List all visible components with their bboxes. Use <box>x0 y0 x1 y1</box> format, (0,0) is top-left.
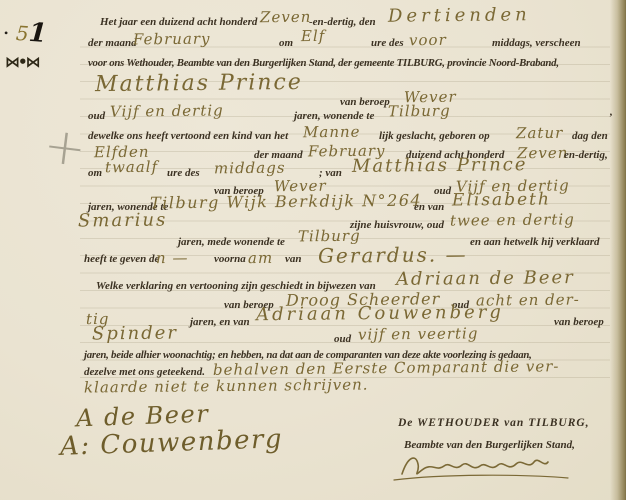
birth-certificate-page: • 51 ⋈•⋈ + Het jaar een duizend acht hon… <box>0 0 626 500</box>
handwritten-text: Tilburg <box>388 102 451 121</box>
page-edge <box>610 0 626 500</box>
printed-text: oud <box>88 110 105 122</box>
printed-text: jaren, en van <box>190 316 250 328</box>
official-title-line1: De WETHOUDER van TILBURG, <box>398 417 590 429</box>
printed-text: voor ons Wethouder, Beambte van den Burg… <box>88 57 559 69</box>
printed-text: dezelve met ons geteekend. <box>84 366 205 378</box>
printed-text: ure des <box>371 37 404 49</box>
printed-text: voorna <box>214 253 246 265</box>
handwritten-text: voor <box>409 31 447 49</box>
handwritten-text: Zatur <box>516 124 563 142</box>
printed-text: Het jaar een duizend acht honderd <box>100 16 257 28</box>
mother-first-name: Elisabeth <box>452 189 551 210</box>
pencil-cross-mark: + <box>41 120 89 175</box>
handwritten-text: klaarde niet te kunnen schrijven. <box>84 376 369 397</box>
printed-text: en-dertig, <box>564 149 608 161</box>
declarant-name: Matthias Prince <box>95 70 303 97</box>
father-name: Matthias Prince <box>352 154 528 177</box>
printed-text: jaren, wonende te <box>294 110 374 122</box>
handwritten-text: Elf <box>301 27 325 45</box>
act-number: 51 <box>15 17 48 49</box>
handwritten-text: am <box>248 249 273 267</box>
printed-text: om <box>279 37 293 49</box>
address: Tilburg Wijk Berkdijk N°264 <box>150 191 422 213</box>
child-name: Gerardus. — <box>318 242 468 268</box>
handwritten-text: Dertienden <box>388 4 531 26</box>
printed-text: zijne huisvrouw, oud <box>350 219 444 231</box>
handwritten-text: Zeven <box>260 8 311 27</box>
printed-text: om <box>88 167 102 179</box>
handwritten-text: vijf en veertig <box>358 324 479 343</box>
handwritten-text: twaalf <box>105 158 158 177</box>
printed-text: oud <box>334 333 351 345</box>
handwritten-text: Vijf en dertig <box>110 101 224 120</box>
mother-last-name: Smarius <box>78 210 168 232</box>
handwritten-text: n — <box>156 249 189 267</box>
printed-text: ure des <box>167 167 200 179</box>
official-signature <box>392 448 572 486</box>
printed-text: jaren, mede wonende te <box>178 236 285 248</box>
printed-text: van <box>285 253 302 265</box>
handwritten-text: February <box>133 30 211 49</box>
printed-text: dag den <box>572 130 608 142</box>
printed-text: van beroep <box>340 96 390 108</box>
printed-text: der maand <box>88 37 137 49</box>
witness1-name: Adriaan de Beer <box>396 267 575 290</box>
witness2-occupation: Spinder <box>92 323 178 345</box>
handwritten-text: middags <box>214 159 286 178</box>
handwritten-text: twee en dertig <box>450 210 575 229</box>
printed-text: lijk geslacht, geboren op <box>379 130 490 142</box>
margin-dot: • <box>4 26 8 41</box>
printed-text: en aan hetwelk hij verklaard <box>470 236 600 248</box>
witness2-name: Adriaan Couwenberg <box>256 302 504 326</box>
handwritten-text: behalven den Eerste Comparant die ver- <box>213 357 560 379</box>
printed-text: dewelke ons heeft vertoond een kind van … <box>88 130 288 142</box>
printed-text: en van <box>414 201 444 213</box>
printed-text: heeft te geven de <box>84 253 159 265</box>
handwritten-text: Manne <box>303 123 361 142</box>
witness2-signature: A: Couwenberg <box>60 424 284 462</box>
printer-ornament-icon: ⋈•⋈ <box>5 53 39 71</box>
printed-text: middags, verscheen <box>492 37 581 49</box>
printed-text: , <box>610 106 613 118</box>
printed-text: van beroep <box>554 316 604 328</box>
printed-text: oud <box>434 185 451 197</box>
